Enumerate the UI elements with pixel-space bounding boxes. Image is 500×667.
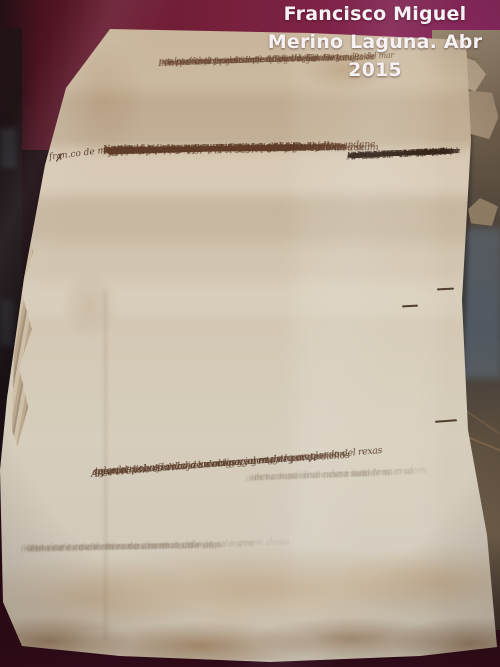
- handwriting-line: que nos: [92, 465, 127, 479]
- manuscript-photo: Iten se dixeron q.e el S.or fr. Miguel d…: [0, 0, 500, 667]
- manuscript-page: Iten se dixeron q.e el S.or fr. Miguel d…: [0, 0, 500, 667]
- photo-caption-text: Francisco Miguel Merino Laguna. Abr 2015: [250, 0, 500, 84]
- photo-caption: Francisco Miguel Merino Laguna. Abr 2015: [0, 0, 500, 28]
- ink-underline-373: [435, 419, 457, 423]
- glass-glint: [0, 300, 14, 346]
- glass-glint: [0, 128, 16, 168]
- paper-stain: [60, 270, 120, 340]
- rubric-mark: ✗: [53, 151, 64, 165]
